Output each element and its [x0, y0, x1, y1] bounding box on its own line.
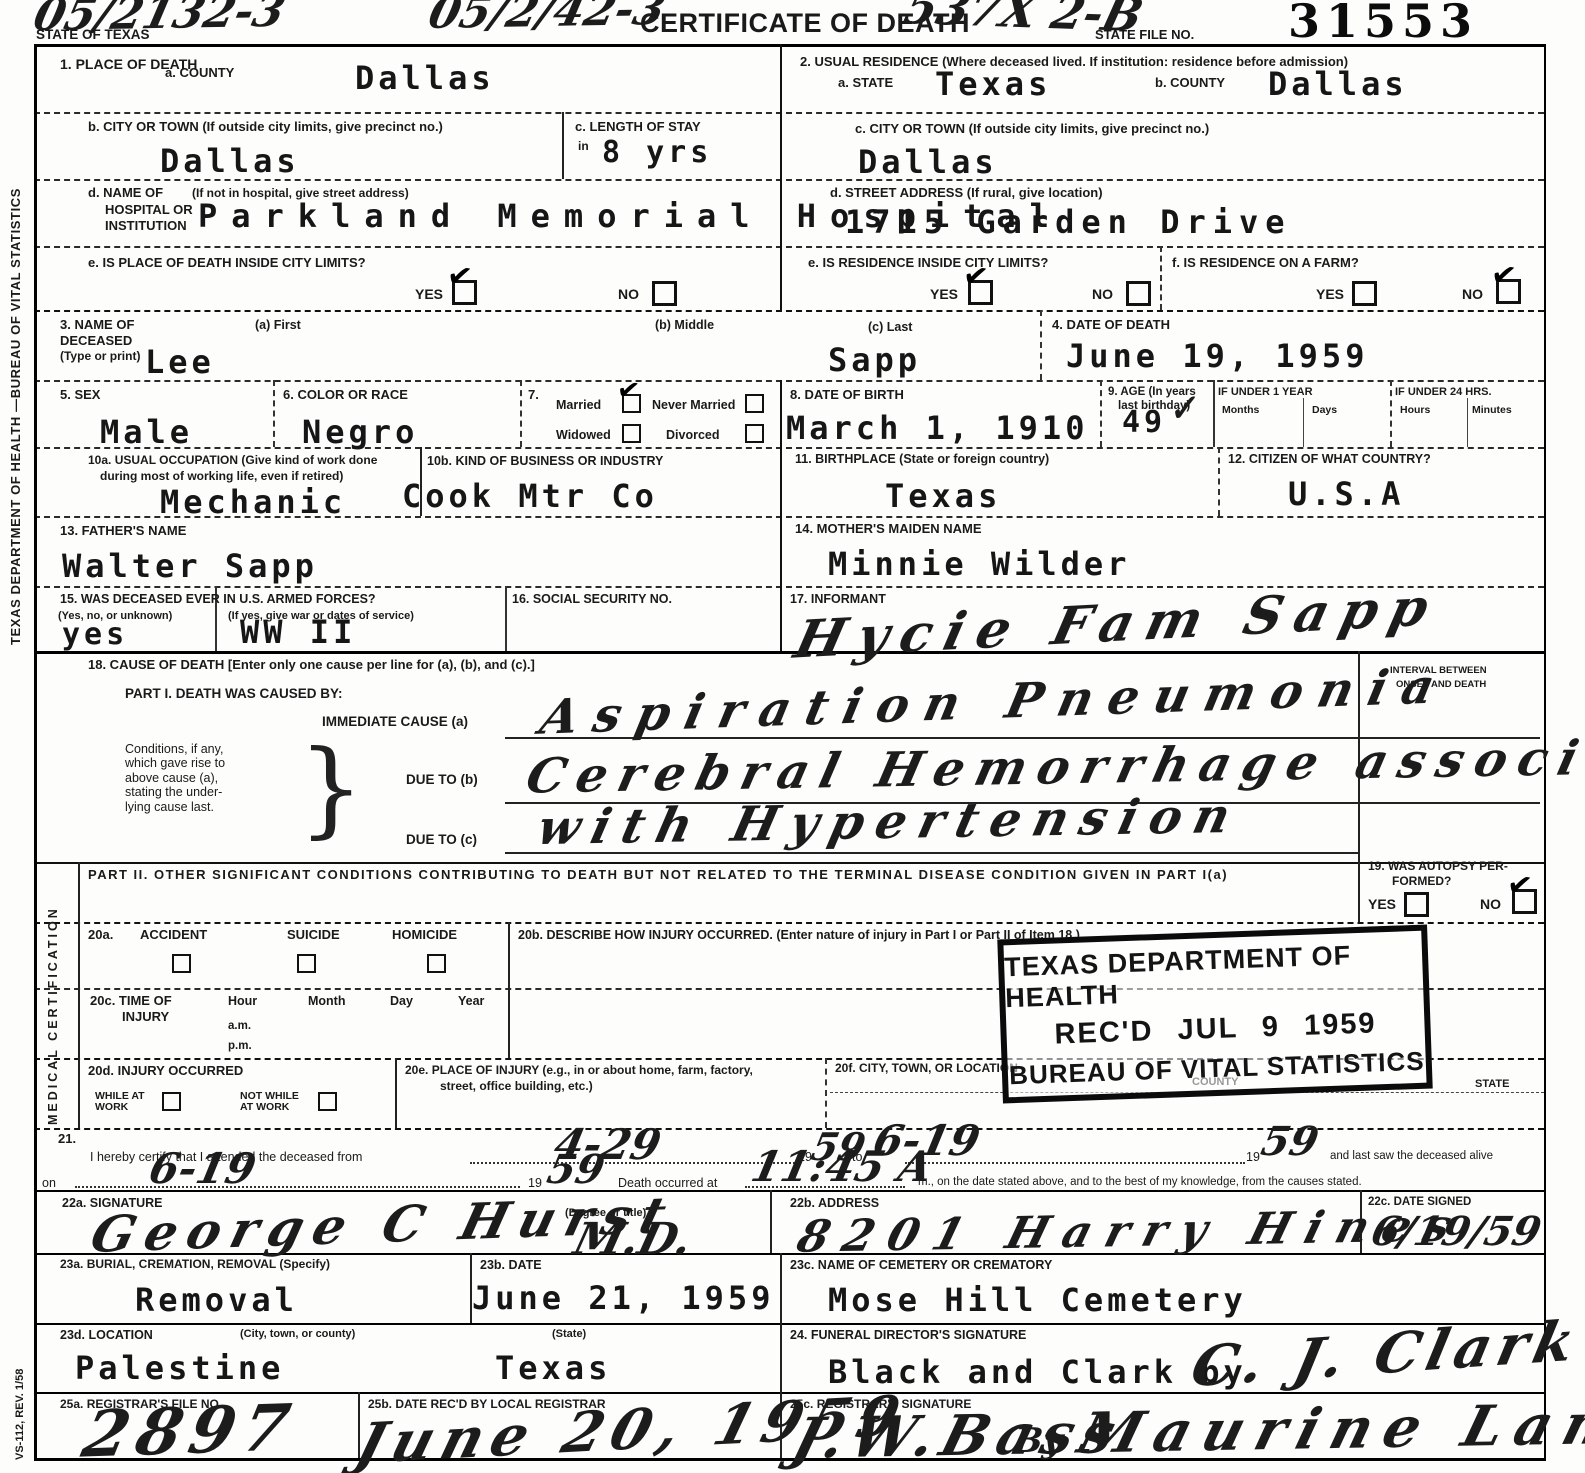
divider [34, 651, 1544, 654]
hospital-label: d. NAME OF [88, 186, 163, 201]
funeral-director-signature: C. J. Clark [1187, 1313, 1585, 1395]
residence-limits-label: e. IS RESIDENCE INSIDE CITY LIMITS? [808, 256, 1048, 271]
hospital-label-3: INSTITUTION [105, 219, 187, 234]
date-signed-value: 6/19/59 [1368, 1212, 1545, 1252]
months-label: Months [1222, 404, 1259, 416]
race-value: Negro [302, 416, 418, 448]
handwritten-scrawl: 05/2/42-3 [424, 0, 669, 36]
location-state-value: Texas [495, 1352, 611, 1384]
while-at-work-label-2: WORK [95, 1101, 128, 1113]
am-label: a.m. [228, 1020, 251, 1033]
frame-left [34, 44, 37, 1458]
check-mark-icon: ✔ [961, 260, 990, 293]
business-value: Cook Mtr Co [402, 480, 658, 512]
divider [34, 922, 1544, 924]
name-title-1: 3. NAME OF [60, 318, 134, 333]
race-label: 6. COLOR OR RACE [283, 388, 408, 403]
war-service-value: WW II [240, 616, 356, 648]
divider [780, 44, 782, 310]
causes-stated-text: m., on the date stated above, and to the… [918, 1176, 1362, 1189]
hour-label: Hour [228, 994, 257, 1008]
location-sub-state: (State) [552, 1328, 586, 1341]
death-limits-no-label: NO [618, 286, 639, 302]
name-title-3: (Type or print) [60, 350, 140, 364]
burial-date-label: 23b. DATE [480, 1258, 542, 1272]
farm-no-label: NO [1462, 286, 1483, 302]
under-1-year-label: IF UNDER 1 YEAR [1218, 386, 1313, 399]
autopsy-no-label: NO [1480, 896, 1501, 912]
divider [825, 1058, 827, 1128]
date-of-death-label: 4. DATE OF DEATH [1052, 318, 1170, 333]
residence-city-value: Dallas [858, 146, 998, 178]
divider [562, 112, 564, 179]
month-label: Month [308, 994, 345, 1008]
citizen-label: 12. CITIZEN OF WHAT COUNTRY? [1228, 452, 1431, 466]
not-while-at-work-label-2: AT WORK [240, 1101, 289, 1113]
cause-c-value: with Hypertension [533, 792, 1247, 852]
due-to-c-label: DUE TO (c) [406, 832, 477, 848]
occupation-label-1: 10a. USUAL OCCUPATION (Give kind of work… [88, 454, 377, 468]
length-of-stay-value: 8 yrs [602, 138, 712, 168]
divider [1100, 380, 1102, 447]
marital-label: 7. [528, 388, 539, 403]
divider [34, 447, 1544, 449]
place-of-injury-label-1: 20e. PLACE OF INJURY (e.g., in or about … [405, 1064, 753, 1078]
divider [395, 1058, 397, 1128]
residence-county-value: Dallas [1268, 68, 1408, 100]
injury-20a-label: 20a. [88, 928, 113, 943]
printed-19: 19 [528, 1176, 542, 1190]
accident-label: ACCIDENT [140, 928, 207, 943]
suicide-label: SUICIDE [287, 928, 340, 943]
check-mark-icon: ✔ [615, 376, 641, 406]
address-label: 22b. ADDRESS [790, 1196, 879, 1210]
stamp-line-1: TEXAS DEPARTMENT OF HEALTH [1004, 937, 1424, 1014]
checkbox-homicide [427, 954, 446, 973]
length-of-stay-label: c. LENGTH OF STAY [575, 120, 701, 135]
place-of-injury-label-2: street, office building, etc.) [440, 1080, 593, 1094]
conditions-line: lying cause last. [125, 800, 225, 814]
divider [1303, 398, 1304, 447]
divider [34, 246, 1544, 248]
burial-value: Removal [135, 1284, 298, 1316]
armed-forces-value: yes [62, 620, 128, 650]
middle-name-label: (b) Middle [655, 318, 714, 332]
location-city-value: Palestine [75, 1352, 284, 1384]
checkbox-residence-limits-no [1126, 281, 1151, 306]
checkbox-autopsy-yes [1404, 892, 1429, 917]
occupation-value: Mechanic [160, 486, 346, 518]
checkbox-never-married [745, 394, 764, 413]
divider [1390, 380, 1392, 447]
checkbox-while-at-work [162, 1092, 181, 1111]
autopsy-label-1: 19. WAS AUTOPSY PER- [1368, 860, 1508, 874]
due-to-b-label: DUE TO (b) [406, 772, 478, 788]
time-of-injury-label-2: INJURY [122, 1010, 169, 1025]
divider [1213, 380, 1215, 447]
last-name-value: Sapp [828, 344, 921, 376]
minutes-label: Minutes [1472, 404, 1512, 416]
occupation-label-2: during most of working life, even if ret… [100, 470, 343, 484]
farm-yes-label: YES [1316, 286, 1344, 302]
autopsy-yes-label: YES [1368, 896, 1396, 912]
business-label: 10b. KIND OF BUSINESS OR INDUSTRY [427, 454, 663, 468]
check-mark-icon: ✔ [1505, 869, 1534, 902]
checkbox-death-limits-no [652, 281, 677, 306]
interval-header-2: ONSET AND DEATH [1396, 680, 1486, 691]
residence-limits-no-label: NO [1092, 286, 1113, 302]
part2-label: PART II. OTHER SIGNIFICANT CONDITIONS CO… [88, 868, 1228, 883]
form-code-label: VS-112, REV. 1/58 [14, 1369, 26, 1460]
last-alive-year: 59 [544, 1150, 608, 1190]
age-check-mark: ✓ [1166, 390, 1199, 428]
checkbox-widowed [622, 424, 641, 443]
stamp-line-3: BUREAU OF VITAL STATISTICS [1009, 1045, 1425, 1090]
year-label: Year [458, 994, 484, 1008]
mother-name-label: 14. MOTHER'S MAIDEN NAME [795, 522, 982, 537]
conditions-line: above cause (a), [125, 771, 225, 785]
divider [1218, 447, 1220, 516]
burial-date-value: June 21, 1959 [472, 1282, 774, 1314]
cemetery-label: 23c. NAME OF CEMETERY OR CREMATORY [790, 1258, 1052, 1272]
never-married-label: Never Married [652, 398, 735, 412]
father-name-label: 13. FATHER'S NAME [60, 524, 186, 539]
injury-state-label: STATE [1475, 1078, 1509, 1091]
married-label: Married [556, 398, 601, 412]
sex-label: 5. SEX [60, 388, 100, 403]
checkbox-accident [172, 954, 191, 973]
armed-forces-label: 15. WAS DECEASED EVER IN U.S. ARMED FORC… [60, 592, 376, 606]
mother-name-value: Minnie Wilder [828, 548, 1130, 580]
date-of-birth-value: March 1, 1910 [786, 412, 1088, 444]
death-certificate-document: 05/2132-3 05/2/42-3 CERTIFICATE OF DEATH… [0, 0, 1585, 1473]
first-name-label: (a) First [255, 318, 301, 332]
check-mark-icon: ✔ [445, 260, 474, 293]
cause-a-value: Aspiration Pneumonia [536, 662, 1454, 741]
divider [34, 112, 1544, 114]
degree-value: M.D. [570, 1218, 697, 1262]
cemetery-value: Mose Hill Cemetery [828, 1284, 1247, 1316]
death-limits-yes-label: YES [415, 286, 443, 302]
residence-county-label: b. COUNTY [1155, 76, 1225, 91]
cause-of-death-title: 18. CAUSE OF DEATH [Enter only one cause… [88, 658, 535, 673]
under-24-hrs-label: IF UNDER 24 HRS. [1395, 386, 1492, 399]
part1-label: PART I. DEATH WAS CAUSED BY: [125, 686, 343, 702]
county-value: Dallas [355, 62, 495, 94]
conditions-line: Conditions, if any, [125, 742, 225, 756]
residence-title: 2. USUAL RESIDENCE (Where deceased lived… [800, 55, 1348, 70]
registrar-signature-2: Maurine Lamm [1073, 1395, 1585, 1462]
divider [508, 922, 510, 1058]
length-of-stay-sub: in [578, 140, 589, 154]
residence-limits-yes-label: YES [930, 286, 958, 302]
registrar-file-no-value: 2897 [77, 1396, 303, 1467]
city-value: Dallas [160, 145, 300, 177]
residence-state-value: Texas [935, 68, 1051, 100]
divider [34, 310, 1544, 312]
time-of-injury-label-1: 20c. TIME OF [90, 994, 172, 1009]
checkbox-suicide [297, 954, 316, 973]
divider [770, 1190, 772, 1253]
item-21-label: 21. [58, 1132, 76, 1147]
last-name-label: (c) Last [868, 320, 912, 334]
state-of-texas-label: STATE OF TEXAS [36, 27, 150, 43]
checkbox-not-while-at-work [318, 1092, 337, 1111]
death-city-limits-label: e. IS PLACE OF DEATH INSIDE CITY LIMITS? [88, 256, 366, 271]
city-label: b. CITY OR TOWN (If outside city limits,… [88, 120, 443, 135]
street-address-label: d. STREET ADDRESS (If rural, give locati… [830, 186, 1103, 201]
location-label: 23d. LOCATION [60, 1328, 153, 1342]
burial-label: 23a. BURIAL, CREMATION, REMOVAL (Specify… [60, 1258, 330, 1272]
sex-value: Male [100, 416, 193, 448]
medical-certification-label: MEDICAL CERTIFICATION [46, 906, 60, 1125]
divider [34, 1323, 1544, 1325]
date-of-death-value: June 19, 1959 [1066, 340, 1368, 372]
checkbox-farm-yes [1352, 281, 1377, 306]
state-file-no-label: STATE FILE NO. [1095, 28, 1194, 43]
divider [1160, 246, 1162, 310]
checkbox-divorced [745, 424, 764, 443]
street-address-value: 1715 Garden Drive [845, 206, 1292, 238]
conditions-line: which gave rise to [125, 756, 225, 770]
divorced-label: Divorced [666, 428, 720, 442]
widowed-label: Widowed [556, 428, 611, 442]
divider [34, 862, 1544, 864]
injury-city-label: 20f. CITY, TOWN, OR LOCATION [835, 1062, 1018, 1076]
days-label: Days [1312, 404, 1337, 416]
registrar-signature-by: By [1012, 1424, 1064, 1458]
divider [780, 380, 782, 651]
citizen-value: U.S.A [1288, 478, 1404, 510]
first-name-value: Lee [145, 346, 215, 378]
last-alive-date: 6-19 [146, 1148, 260, 1190]
name-title-2: DECEASED [60, 334, 132, 349]
state-file-no-value: 31553 [1288, 0, 1478, 48]
pm-label: p.m. [228, 1040, 252, 1053]
conditions-label: Conditions, if any, which gave rise to a… [125, 742, 225, 814]
divider [1467, 398, 1468, 447]
residence-state-label: a. STATE [838, 76, 893, 91]
residence-city-label: c. CITY OR TOWN (If outside city limits,… [855, 122, 1209, 137]
county-label: a. COUNTY [165, 66, 234, 81]
on-word: on [42, 1176, 56, 1190]
birthplace-label: 11. BIRTHPLACE (State or foreign country… [795, 452, 1049, 466]
birthplace-value: Texas [885, 480, 1001, 512]
received-stamp: TEXAS DEPARTMENT OF HEALTH REC'D JUL 9 1… [997, 925, 1432, 1104]
residence-farm-label: f. IS RESIDENCE ON A FARM? [1172, 256, 1359, 271]
death-time-value: 11:45 A [748, 1146, 937, 1188]
hospital-label-2: HOSPITAL OR [105, 203, 193, 218]
divider [1040, 310, 1042, 380]
conditions-line: stating the under- [125, 785, 225, 799]
hours-label: Hours [1400, 404, 1430, 416]
divider [780, 1253, 782, 1392]
bureau-vertical-label: TEXAS DEPARTMENT OF HEALTH —BUREAU OF VI… [8, 188, 23, 645]
day-label: Day [390, 994, 413, 1008]
blank-line [75, 1186, 520, 1188]
date-of-birth-label: 8. DATE OF BIRTH [790, 388, 904, 403]
informant-label: 17. INFORMANT [790, 592, 886, 606]
location-sub-city: (City, town, or county) [240, 1328, 355, 1341]
divider [505, 586, 507, 651]
cause-b-value: Cerebral Hemorrhage associated [522, 731, 1585, 800]
stamp-line-2: REC'D JUL 9 1959 [1054, 1007, 1377, 1051]
attended-to-year: 59 [1258, 1122, 1322, 1162]
conditions-brace: } [298, 736, 364, 840]
check-mark-icon: ✔ [1489, 259, 1518, 292]
interval-header-1: INTERVAL BETWEEN [1390, 666, 1487, 677]
divider [273, 380, 275, 447]
funeral-director-label: 24. FUNERAL DIRECTOR'S SIGNATURE [790, 1328, 1026, 1342]
homicide-label: HOMICIDE [392, 928, 457, 943]
injury-occurred-label: 20d. INJURY OCCURRED [88, 1064, 243, 1079]
divider [78, 862, 80, 1128]
autopsy-label-2: FORMED? [1392, 875, 1451, 889]
divider [34, 380, 1544, 382]
last-saw-alive-text: and last saw the deceased alive [1330, 1150, 1493, 1163]
divider [520, 380, 522, 447]
describe-injury-label: 20b. DESCRIBE HOW INJURY OCCURRED. (Ente… [518, 928, 1080, 942]
ssn-label: 16. SOCIAL SECURITY NO. [512, 592, 672, 606]
age-value: 49 [1122, 408, 1166, 438]
father-name-value: Walter Sapp [62, 550, 318, 582]
